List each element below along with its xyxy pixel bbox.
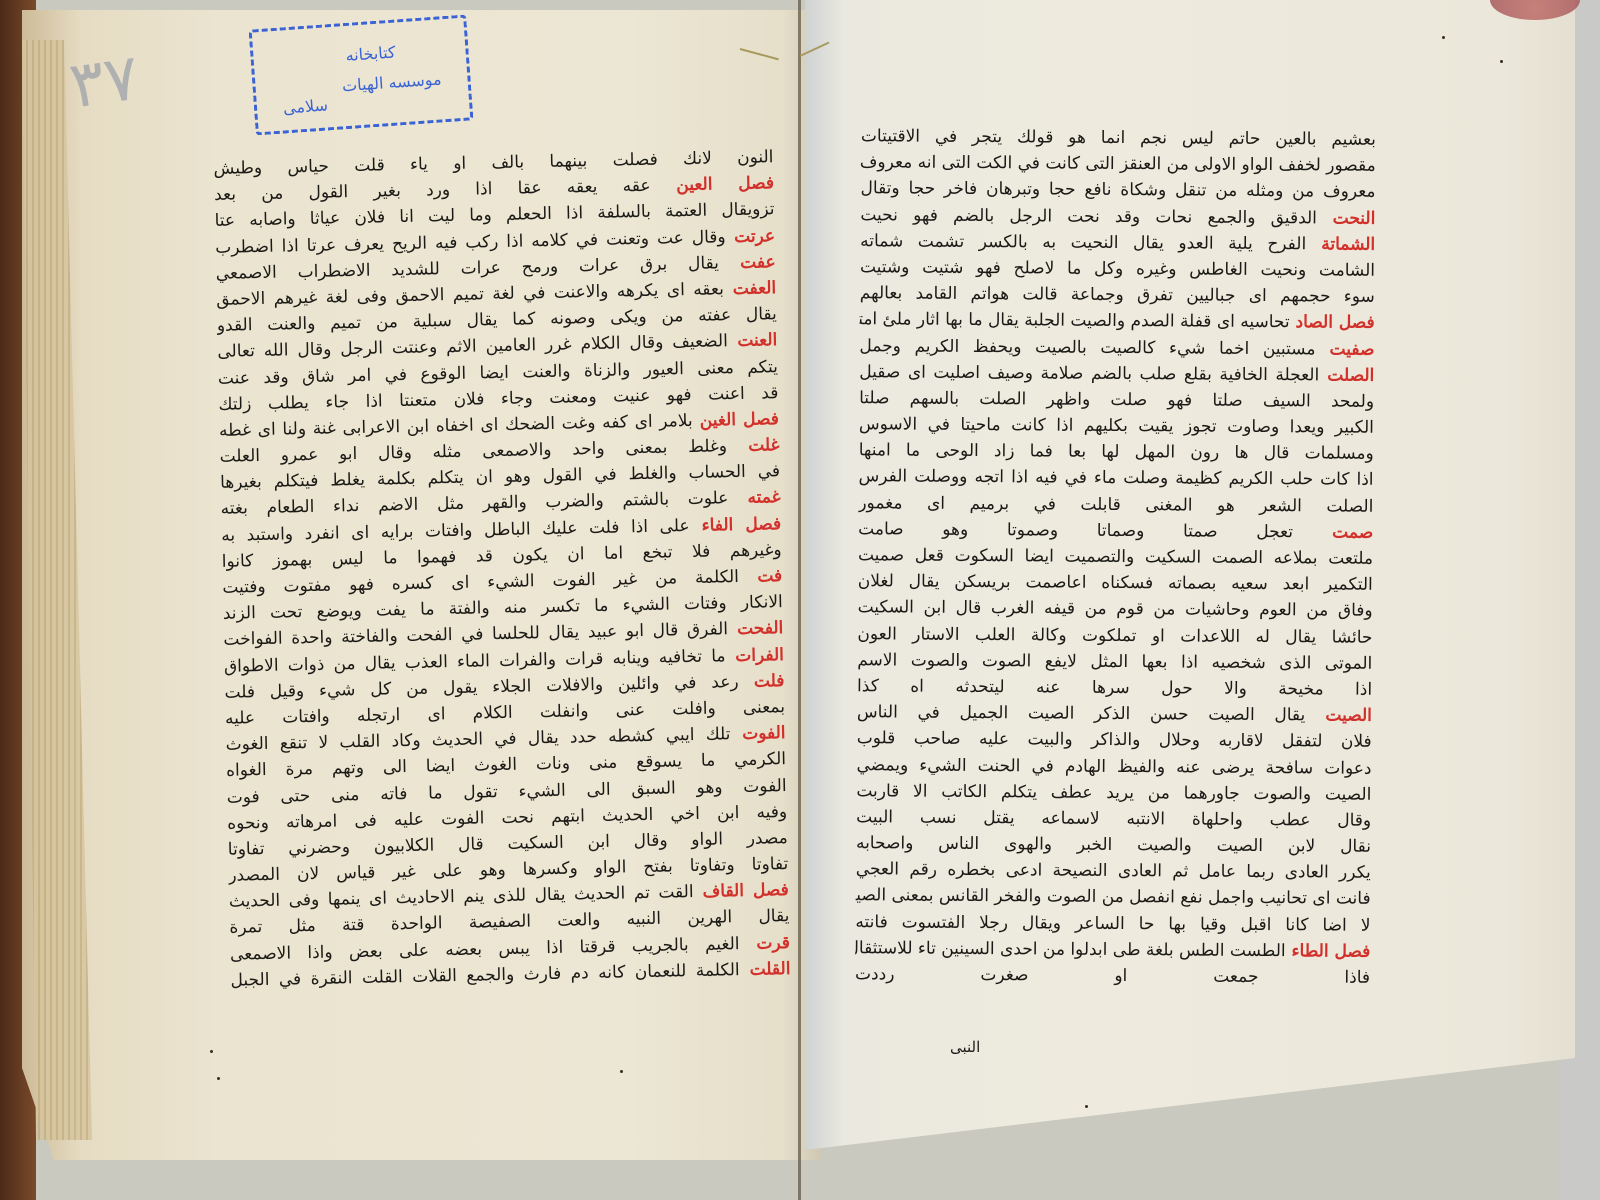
rubric-heading: فصل الفاء	[689, 514, 781, 536]
line-text: ومسلمات قال ها رون المهل لها بعا فما زاد…	[859, 440, 1374, 464]
manuscript-line: الصيت والصوت جاورهما من يريد عطف يتكلم ا…	[856, 778, 1371, 808]
manuscript-line: وفاق من العوم وحاشيات من قوم من قيفه الغ…	[858, 595, 1373, 625]
line-text: فلان لتفقل لاقاربه وحلال والذاكر والبيت …	[857, 729, 1372, 753]
paper-speck	[1500, 60, 1503, 63]
line-text: وفاق من العوم وحاشيات من قوم من قيفه الغ…	[858, 598, 1373, 622]
manuscript-line: حائشا يقال له اللاعدات او تملكوت وكالة ا…	[857, 621, 1372, 651]
library-stamp: كتابخانه موسسه الهيات سلامى	[249, 15, 474, 136]
line-text: الفرح يلية العدو يقال النحيت به بالكسر ت…	[860, 231, 1306, 254]
line-text: حائشا يقال له اللاعدات او تملكوت وكالة ا…	[857, 624, 1372, 648]
manuscript-line: وقال عطب واحلهاة الانتبه لاسماعه يقتل نس…	[856, 804, 1371, 834]
manuscript-line: لا اضا كانا اقبل وقيا بها حا الساعر ويقا…	[855, 909, 1370, 939]
rubric-heading: فصل الصاد	[1290, 313, 1375, 334]
rubric-heading: الشماتة	[1306, 234, 1375, 254]
line-text: تعجل صمتا وصماتا وصموتا وهو صامت	[858, 519, 1293, 542]
line-text: ولمحد السيف صلتا فهو صلت واظهر الصلت بال…	[859, 388, 1374, 412]
catchword: النبى	[950, 1038, 980, 1056]
manuscript-line: النحت الدقيق والجمع نحات وقد نحت الرجل ب…	[860, 202, 1375, 232]
manuscript-line: فصل الطاء الطست الطس بلغة طى ابدلوا من ا…	[855, 935, 1370, 965]
manuscript-line: الصلت الشعر هو المغنى قابلت في برميم اى …	[858, 490, 1373, 520]
line-text: الشامت ونحيت الغاطس وغيره وكل ما لاصلح ف…	[860, 257, 1375, 281]
line-text: بعشيم بالعين حاتم ليس نجم انما هو قولك ي…	[861, 126, 1376, 150]
line-text: دعوات سافحة يرضى عنه والفيظ الهادم في ال…	[856, 755, 1371, 779]
rubric-heading: القلت	[739, 959, 790, 980]
line-text: يقال الصيت حسن الذكر الصيت الجميل في الن…	[857, 702, 1305, 725]
rubric-heading: فصل الغين	[692, 409, 779, 431]
rubric-heading: العفت	[724, 278, 777, 299]
manuscript-line: معروف من ومثله من تنقل وشكاة نافع حجا وت…	[860, 176, 1375, 206]
paper-speck	[217, 1077, 220, 1080]
manuscript-line: ومسلمات قال ها رون المهل لها بعا فما زاد…	[859, 437, 1374, 467]
rubric-heading: فت	[739, 566, 783, 587]
manuscript-line: الكبير ويعدا وصاوت تجوز يقيت بكليهم اذا …	[859, 411, 1374, 441]
manuscript-line: الشامت ونحيت الغاطس وغيره وكل ما لاصلح ف…	[860, 254, 1375, 284]
manuscript-line: الصلت العجلة الخافية بقلع صلب بالضم صلام…	[859, 359, 1374, 389]
rubric-heading: غلت	[727, 435, 780, 456]
left-page-text: النون لانك فصلت بينهما بالف او ياء قلت ح…	[213, 144, 790, 994]
line-text: فانت اى تحانيب واجمل نفع انفصل من الصوت …	[856, 886, 1371, 910]
rubric-heading: العنت	[728, 330, 778, 351]
rubric-heading: الصلت	[1319, 365, 1374, 385]
paper-speck	[1085, 1105, 1088, 1108]
line-text: فاذا جمعت او صغرت رددت	[855, 964, 1370, 988]
line-text: معروف من ومثله من تنقل وشكاة نافع حجا وت…	[860, 179, 1375, 203]
line-text: تحاسيه اى قفلة الصدم والصيت الجلبة يقال …	[860, 309, 1290, 332]
line-text: مقصور لخفف الواو الاولى من العنقز التى ك…	[861, 152, 1376, 176]
manuscript-line: دعوات سافحة يرضى عنه والفيظ الهادم في ال…	[856, 752, 1371, 782]
manuscript-line: فلان لتفقل لاقاربه وحلال والذاكر والبيت …	[857, 726, 1372, 756]
paper-speck	[620, 1070, 623, 1073]
manuscript-line: فاذا جمعت او صغرت رددت	[855, 961, 1370, 991]
manuscript-line: بعشيم بالعين حاتم ليس نجم انما هو قولك ي…	[861, 123, 1376, 153]
manuscript-line: اذا كات حلب الكريم كظيمة وصلت ماء في فيه…	[858, 464, 1373, 494]
manuscript-line: اذا مخيحة والا حول سرها عنه ليتحدثه اه ك…	[857, 673, 1372, 703]
rubric-heading: صمت	[1293, 522, 1373, 543]
paper-speck	[210, 1050, 213, 1053]
line-text: الصلت الشعر هو المغنى قابلت في برميم اى …	[858, 493, 1373, 517]
manuscript-line: الشماتة الفرح يلية العدو يقال النحيت به …	[860, 228, 1375, 258]
manuscript-line: ملتعت بملاعه الصمت السكيت والتصميت ايضا …	[858, 542, 1373, 572]
line-text: الكبير ويعدا وصاوت تجوز يقيت بكليهم اذا …	[859, 414, 1374, 438]
rubric-heading: فصل القاف	[693, 880, 789, 902]
manuscript-line: ولمحد السيف صلتا فهو صلت واظهر الصلت بال…	[859, 385, 1374, 415]
rubric-heading: فصل الطاء	[1286, 941, 1371, 962]
rubric-heading: النحت	[1317, 208, 1376, 228]
rubric-heading: فصل العين	[650, 173, 774, 196]
manuscript-line: فانت اى تحانيب واجمل نفع انفصل من الصوت …	[856, 883, 1371, 913]
rubric-heading: عفت	[719, 252, 776, 273]
manuscript-line: التكمير ابعد سعيه بصماته فسكناه اعاصمت ب…	[858, 568, 1373, 598]
line-text: اذا كات حلب الكريم كظيمة وصلت ماء في فيه…	[858, 467, 1373, 491]
line-text: العجلة الخافية بقلع صلب بالضم صلامة وصيف…	[859, 362, 1319, 385]
line-text: مستبين اخما شيء كالصيت بالصيت ويحفظ الكر…	[859, 336, 1315, 359]
manuscript-line: الموتى الذى شخصيه اذا بعها المثل لايفع ا…	[857, 647, 1372, 677]
line-text: وقال عطب واحلهاة الانتبه لاسماعه يقتل نس…	[856, 807, 1371, 831]
manuscript-line: مقصور لخفف الواو الاولى من العنقز التى ك…	[861, 149, 1376, 179]
line-text: اذا مخيحة والا حول سرها عنه ليتحدثه اه ك…	[857, 676, 1372, 700]
rubric-heading: قرت	[739, 933, 790, 954]
line-text: لا اضا كانا اقبل وقيا بها حا الساعر ويقا…	[855, 912, 1370, 936]
book-gutter	[798, 0, 801, 1200]
stamp-line: كتابخانه	[345, 43, 396, 65]
line-text: الموتى الذى شخصيه اذا بعها المثل لايفع ا…	[857, 650, 1372, 674]
manuscript-line: يكرر العادى ربما عامل ثم العادى النصيحة …	[856, 856, 1371, 886]
rubric-heading: فلت	[738, 671, 784, 692]
paper-speck	[1442, 36, 1445, 39]
rubric-heading: غمته	[728, 488, 781, 509]
line-text: سوء حجمهم اى جباليين تفرق وجماعة قالت هو…	[860, 283, 1375, 307]
line-text: الصيت والصوت جاورهما من يريد عطف يتكلم ا…	[856, 781, 1371, 805]
stamp-line: سلامى	[282, 95, 328, 117]
line-text: ملتعت بملاعه الصمت السكيت والتصميت ايضا …	[858, 545, 1373, 569]
rubric-heading: الفرات	[725, 645, 784, 666]
line-text: يكرر العادى ربما عامل ثم العادى النصيحة …	[856, 859, 1371, 883]
line-text: الطست الطس بلغة طى ابدلوا من احدى السيني…	[855, 938, 1286, 961]
manuscript-line: فصل الصاد تحاسيه اى قفلة الصدم والصيت ال…	[860, 307, 1375, 337]
line-text: الدقيق والجمع نحات وقد نحت الرجل بالضم ف…	[860, 205, 1317, 228]
manuscript-line: صفيت مستبين اخما شيء كالصيت بالصيت ويحفظ…	[859, 333, 1374, 363]
manuscript-line: سوء حجمهم اى جباليين تفرق وجماعة قالت هو…	[860, 280, 1375, 310]
folio-number: ٣٧	[65, 41, 143, 124]
stamp-line: موسسه الهيات	[341, 69, 442, 95]
manuscript-line: الصيت يقال الصيت حسن الذكر الصيت الجميل …	[857, 699, 1372, 729]
manuscript-line: صمت تعجل صمتا وصماتا وصموتا وهو صامت	[858, 516, 1373, 546]
right-page-text: بعشيم بالعين حاتم ليس نجم انما هو قولك ي…	[855, 123, 1376, 991]
rubric-heading: عرتت	[725, 226, 775, 247]
line-text: التكمير ابعد سعيه بصماته فسكناه اعاصمت ب…	[858, 571, 1373, 595]
rubric-heading: الفوت	[730, 723, 785, 744]
rubric-heading: الصيت	[1305, 705, 1372, 725]
rubric-heading: الفحت	[728, 618, 784, 639]
manuscript-line: نقال لابن الصيت والصيت الخبر والهوى النا…	[856, 830, 1371, 860]
line-text: نقال لابن الصيت والصيت الخبر والهوى النا…	[856, 833, 1371, 857]
rubric-heading: صفيت	[1315, 339, 1374, 359]
